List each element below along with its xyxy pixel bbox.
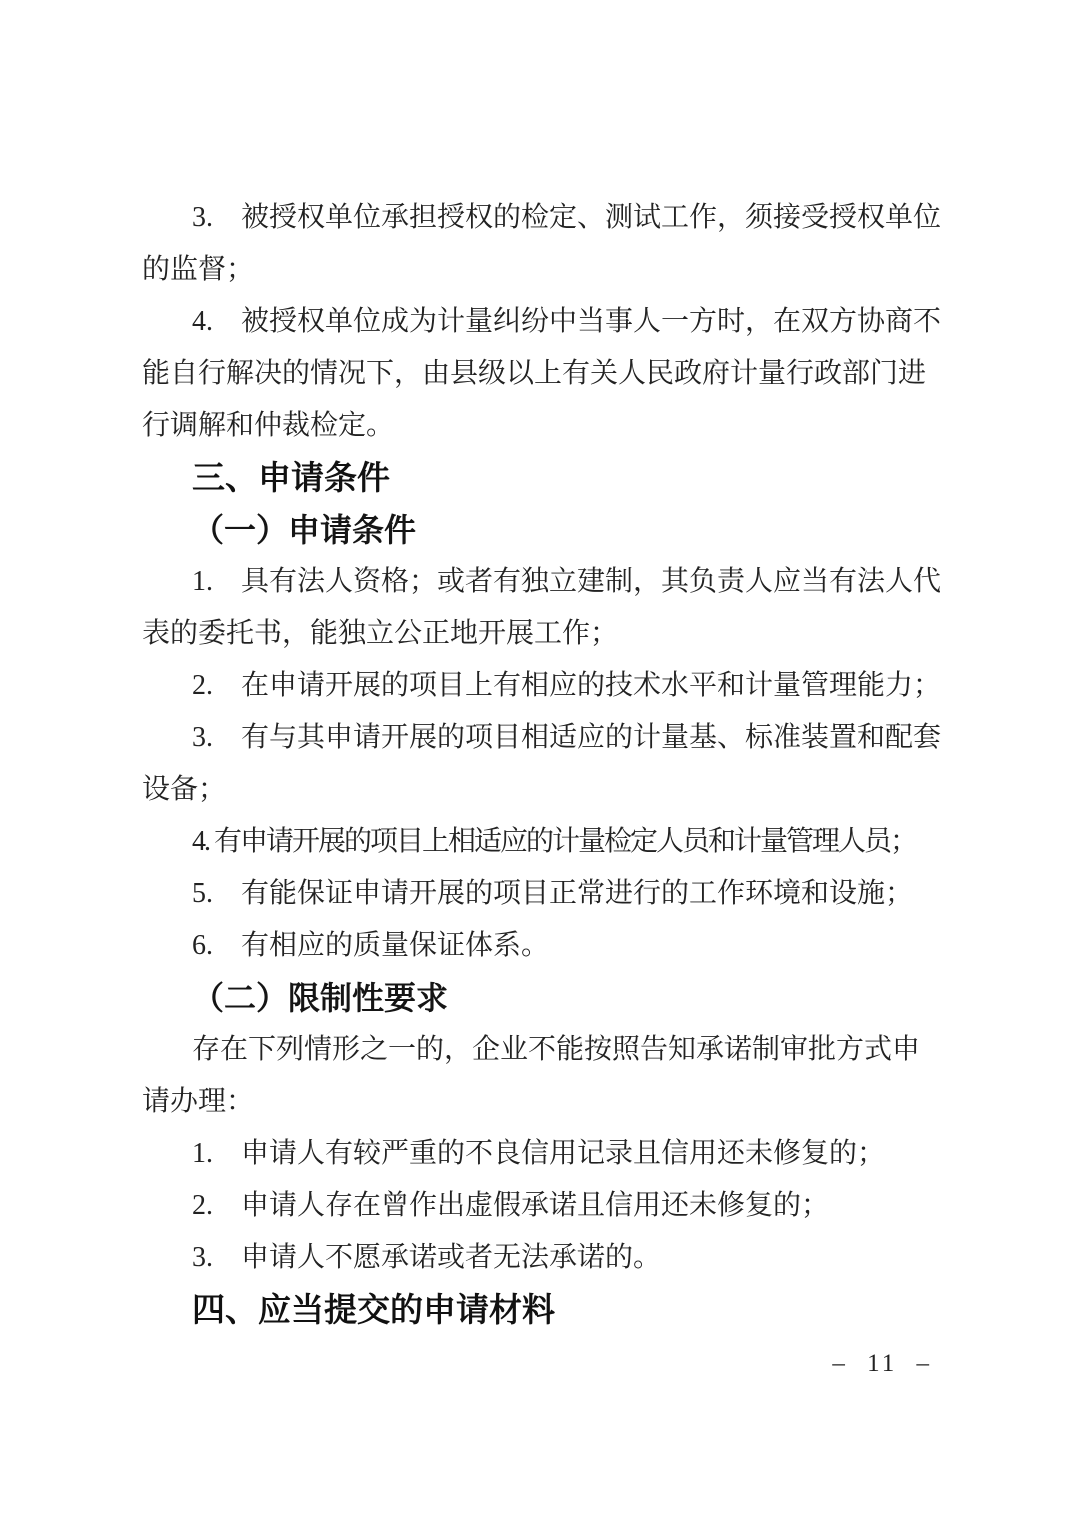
text-line: 设备； [142, 764, 932, 816]
text-line: 3. 有与其申请开展的项目相适应的计量基、标准装置和配套 [142, 712, 932, 764]
text-line: 存在下列情形之一的，企业不能按照告知承诺制审批方式申 [142, 1024, 932, 1076]
text-line: 3. 申请人不愿承诺或者无法承诺的。 [142, 1232, 932, 1284]
document-page: 3. 被授权单位承担授权的检定、测试工作，须接受授权单位的监督；4. 被授权单位… [0, 0, 1074, 1520]
text-line: 能自行解决的情况下，由县级以上有关人民政府计量行政部门进 [142, 348, 932, 400]
text-line: 4. 被授权单位成为计量纠纷中当事人一方时，在双方协商不 [142, 296, 932, 348]
section-heading: 三、申请条件 [142, 452, 932, 504]
text-line: 5. 有能保证申请开展的项目正常进行的工作环境和设施； [142, 868, 932, 920]
text-line: 表的委托书，能独立公正地开展工作； [142, 608, 932, 660]
sub-heading: （一）申请条件 [142, 504, 932, 556]
text-line: 行调解和仲裁检定。 [142, 400, 932, 452]
text-line: 6. 有相应的质量保证体系。 [142, 920, 932, 972]
text-line: 2. 申请人存在曾作出虚假承诺且信用还未修复的； [142, 1180, 932, 1232]
text-line: 4. 有申请开展的项目上相适应的计量检定人员和计量管理人员； [142, 816, 932, 868]
page-number: – 11 – [832, 1350, 932, 1378]
sub-heading: （二）限制性要求 [142, 972, 932, 1024]
text-line: 2. 在申请开展的项目上有相应的技术水平和计量管理能力； [142, 660, 932, 712]
text-line: 1. 具有法人资格；或者有独立建制，其负责人应当有法人代 [142, 556, 932, 608]
text-line: 1. 申请人有较严重的不良信用记录且信用还未修复的； [142, 1128, 932, 1180]
document-body: 3. 被授权单位承担授权的检定、测试工作，须接受授权单位的监督；4. 被授权单位… [142, 192, 932, 1336]
text-line: 的监督； [142, 244, 932, 296]
text-line: 3. 被授权单位承担授权的检定、测试工作，须接受授权单位 [142, 192, 932, 244]
section-heading: 四、应当提交的申请材料 [142, 1284, 932, 1336]
text-line: 请办理： [142, 1076, 932, 1128]
